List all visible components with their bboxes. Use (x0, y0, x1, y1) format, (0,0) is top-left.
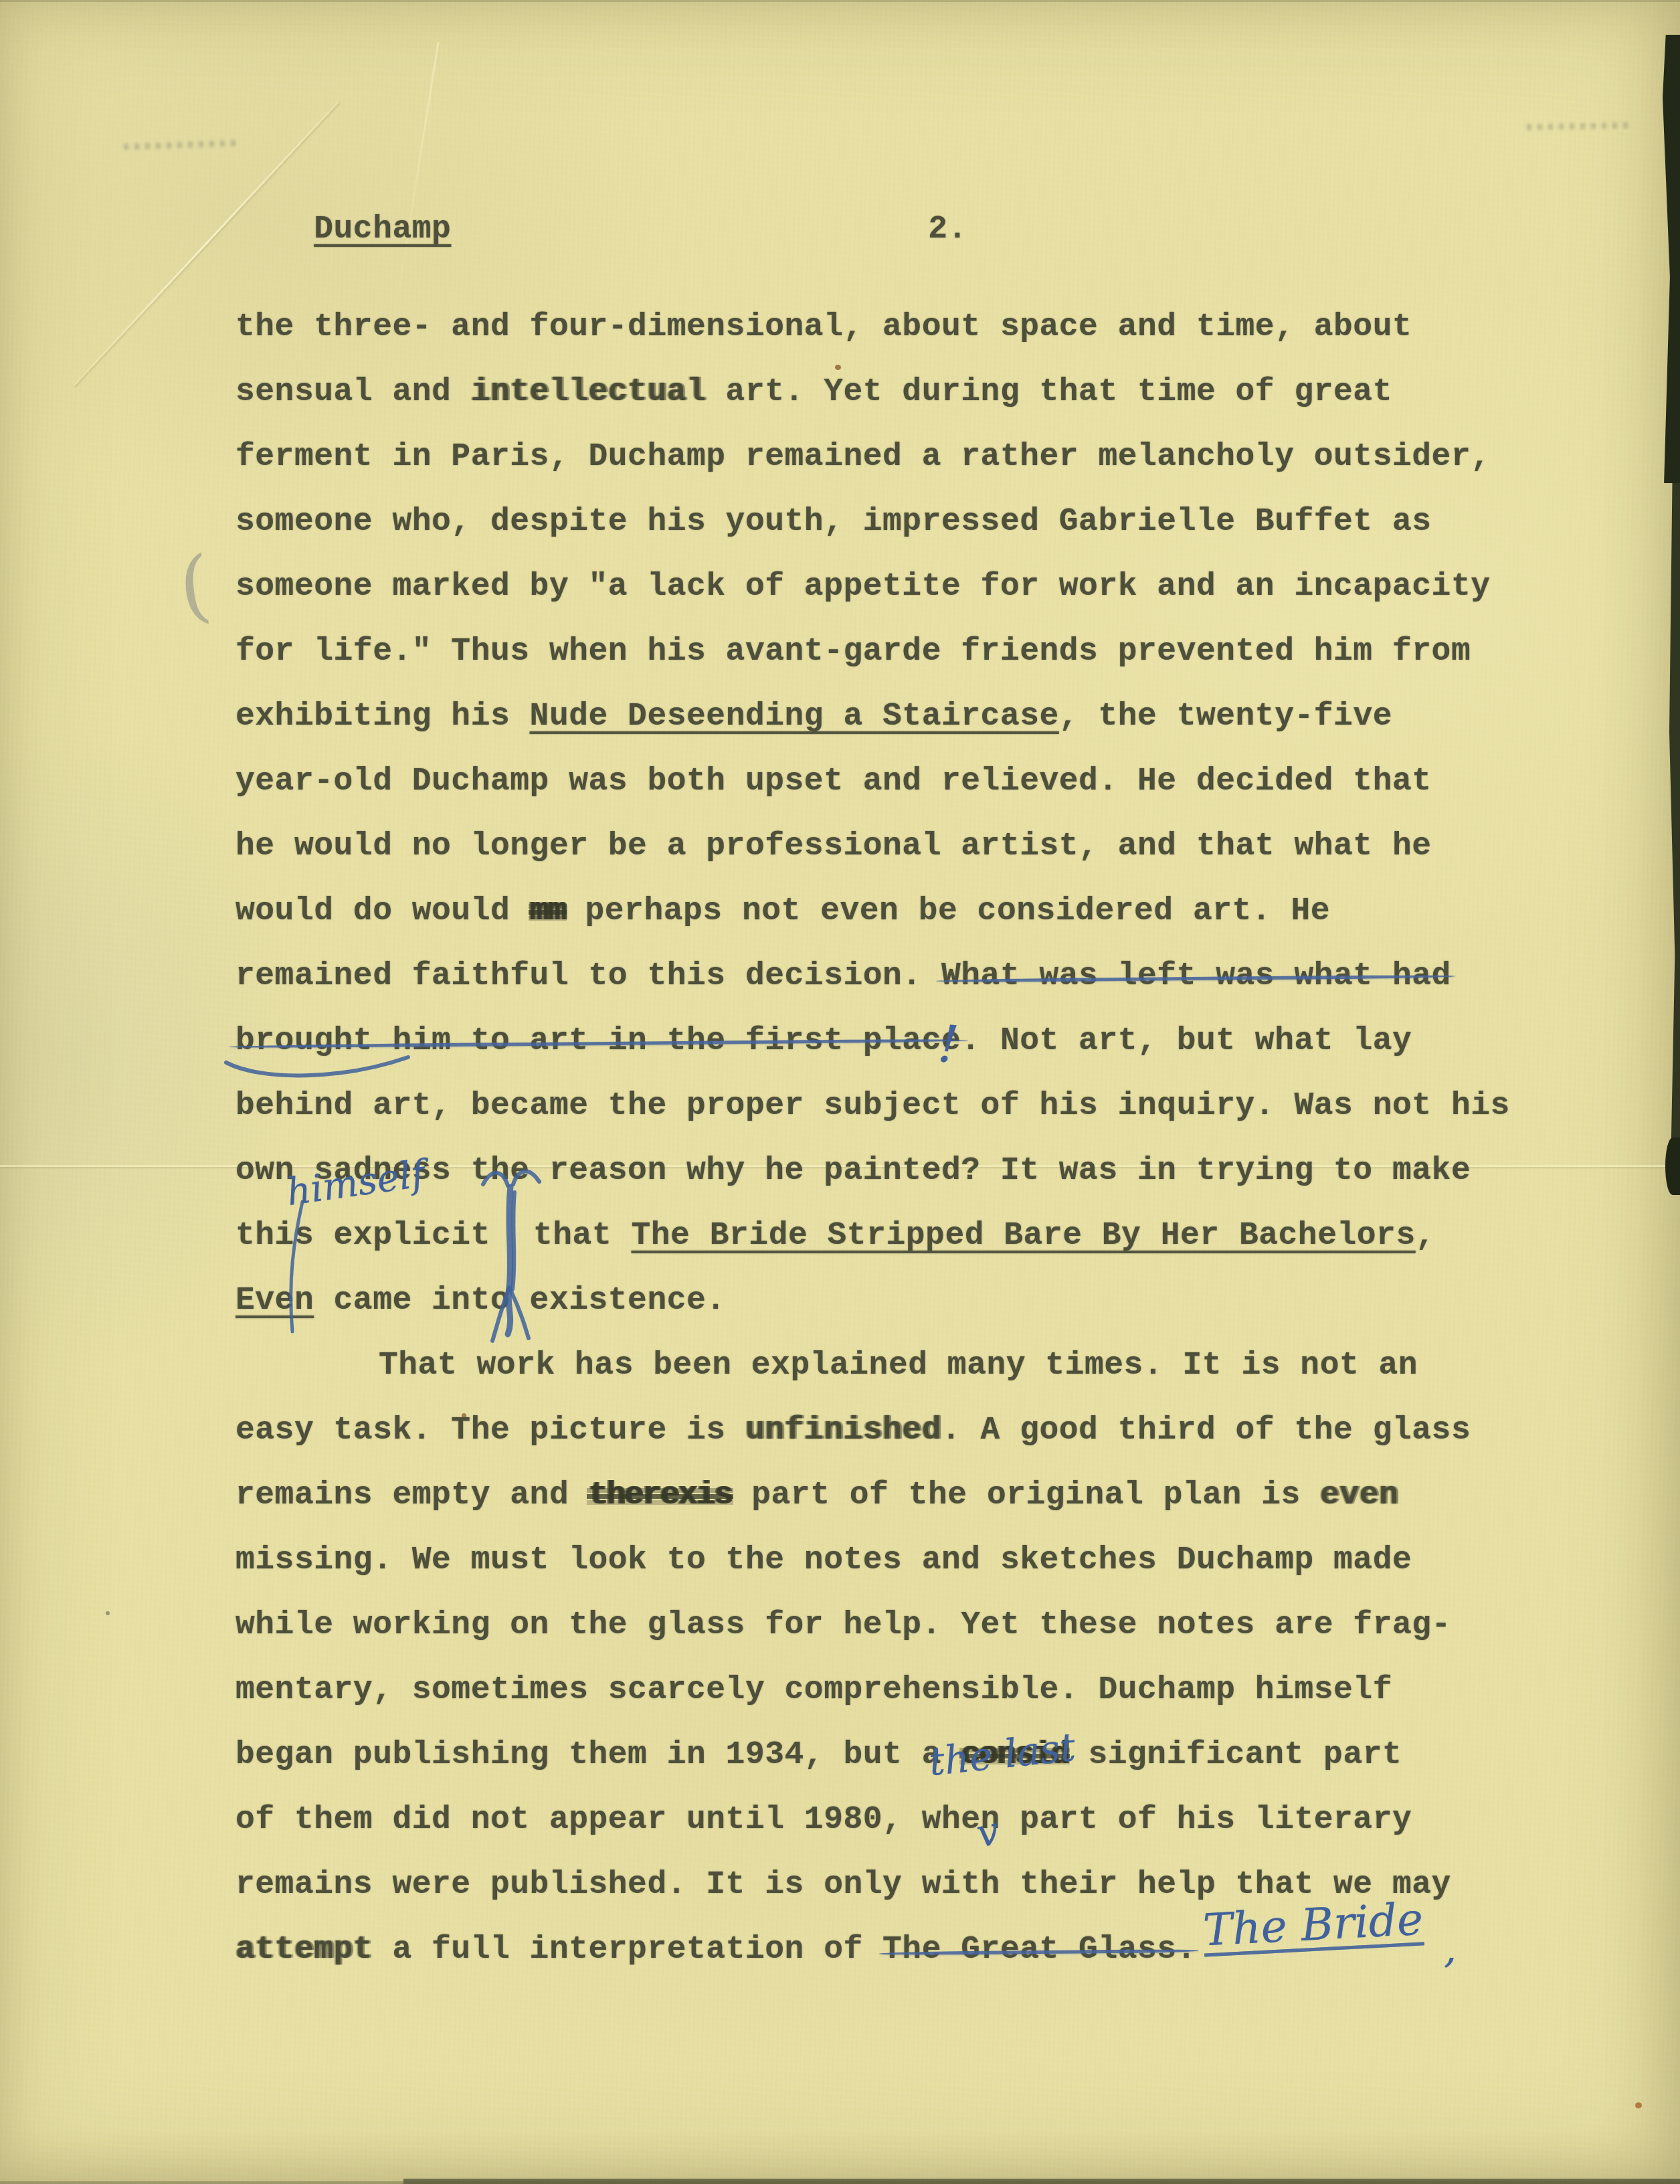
margin-paren: ( (175, 538, 215, 633)
hw-the-last: the last (927, 1724, 1078, 1785)
ink-caret-slash (281, 1199, 310, 1336)
hw-the-bride: The Bride (1202, 1893, 1424, 1956)
paper-page: Duchamp 2. the three- and four-dimension… (0, 0, 1680, 2184)
ink-underswoosh-brought (222, 1052, 413, 1087)
hw-comma: , (1444, 1926, 1457, 1973)
handwritten-annotations: (himself!the lastvThe Bride, (0, 0, 1680, 2184)
hw-caret: v (972, 1807, 1003, 1856)
ink-scribble (472, 1166, 554, 1363)
manuscript-scan: { "page": {"paper_color": "#e7dfa3", "in… (0, 0, 1680, 2184)
hw-exclamation: ! (936, 1014, 961, 1075)
